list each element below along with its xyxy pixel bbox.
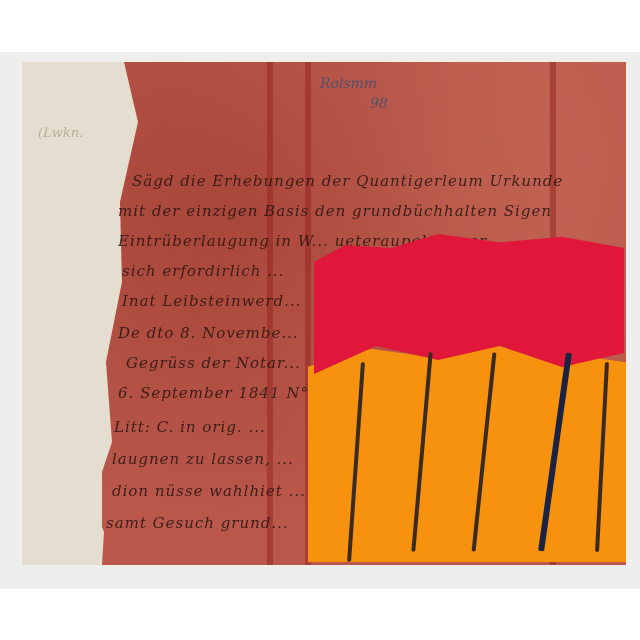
script-line: mit der einzigen Basis den grundbüchhalt…: [118, 202, 552, 220]
script-line: Sägd die Erhebungen der Quantigerleum Ur…: [132, 172, 563, 190]
document-paper: (Lwkn. Rolsmm 98 Sägd die Erhebungen der…: [22, 62, 626, 565]
script-line: samt Gesuch grund...: [106, 514, 289, 532]
script-line: Inat Leibsteinwerd...: [122, 292, 301, 310]
red-paint-area: [314, 234, 624, 374]
script-line: laugnen zu lassen, ...: [112, 450, 294, 468]
ghost-mark: (Lwkn.: [38, 126, 83, 141]
script-line: Gegrüss der Notar...: [126, 354, 301, 372]
script-line: Litt: C. in orig. ...: [114, 418, 266, 436]
script-line: dion nüsse wahlhiet ...: [112, 482, 306, 500]
pencil-note: Rolsmm: [320, 76, 377, 92]
script-line: De dto 8. Novembe...: [118, 324, 299, 342]
script-line: sich erfordirlich ...: [122, 262, 284, 280]
pencil-number: 98: [370, 96, 388, 112]
